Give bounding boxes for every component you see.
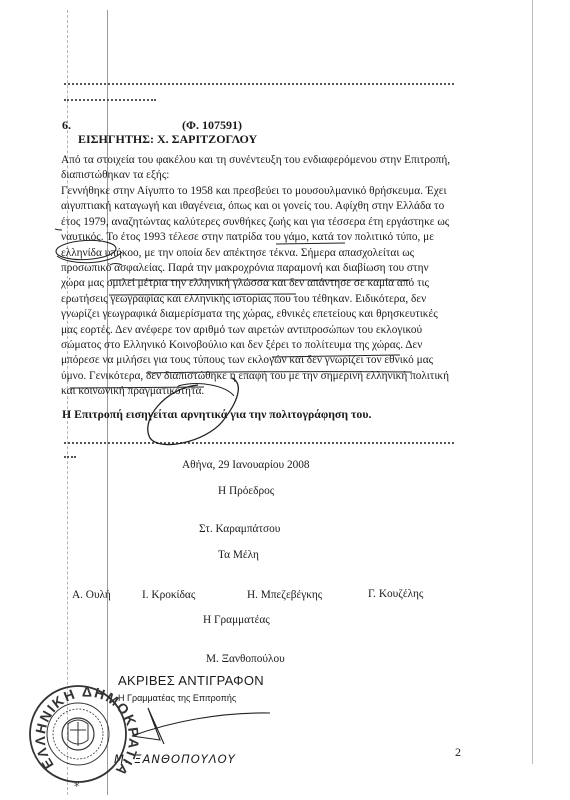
- body-line: ελληνίδα υπήκοο, με την οποία δεν απέκτη…: [61, 246, 410, 261]
- president-name: Στ. Καραμπάτσου: [199, 522, 280, 537]
- place-date: Αθήνα, 29 Ιανουαρίου 2008: [182, 458, 310, 473]
- member-name: Γ. Κουζέλης: [368, 587, 423, 602]
- signature-scribble: [132, 708, 270, 744]
- body-line: έτος 1979, αναζητώντας καλύτερες συνθήκε…: [61, 215, 410, 230]
- body-line: Γεννήθηκε στην Αίγυπτο το 1958 και πρεσβ…: [61, 184, 410, 199]
- member-name: Α. Ουλή: [72, 588, 111, 603]
- seal-icon: [30, 686, 126, 782]
- certified-copy-label: ΑΚΡΙΒΕΣ ΑΝΤΙΓΡΑΦΟΝ: [118, 673, 264, 688]
- scan-right-edge-line: [532, 0, 533, 764]
- scan-margin-line: [107, 10, 108, 795]
- body-line: γνωρίζει γεωγραφικά διαμερίσματα της χώρ…: [61, 307, 410, 322]
- svg-text:*: *: [74, 780, 80, 793]
- secretary-name: Μ. Ξανθοπούλου: [206, 652, 285, 667]
- rapporteur-heading: ΕΙΣΗΓΗΤΗΣ: Χ. ΣΑΡΙΤΖΟΓΛΟΥ: [78, 132, 257, 147]
- dotted-separator: [64, 456, 76, 458]
- body-line: προσωπικό ασφαλείας. Παρά την μακροχρόνι…: [61, 261, 410, 276]
- body-line-intro-2: διαπιστώθηκαν τα εξής:: [61, 168, 169, 183]
- body-line: ερωτήσεις γεωγραφίας και ελληνικής ιστορ…: [61, 292, 410, 307]
- recommendation: Η Επιτροπή εισηγείται αρνητικά για την π…: [62, 407, 371, 422]
- body-line: ναυτικός. Το έτος 1993 τέλεσε στην πατρί…: [61, 230, 410, 245]
- page-number: 2: [455, 745, 461, 760]
- members-title: Τα Μέλη: [218, 548, 259, 563]
- body-line: μας εορτές. Δεν ανέφερε τον αριθμό των α…: [61, 323, 410, 338]
- secretary-title: Η Γραμματέας: [203, 613, 270, 628]
- findings-paragraph: Γεννήθηκε στην Αίγυπτο το 1958 και πρεσβ…: [61, 184, 410, 384]
- body-line: σώματος στο Ελληνικό Κοινοβούλιο και δεν…: [61, 338, 410, 353]
- body-line-final: και κοινωνική πραγματικότητα.: [61, 384, 204, 399]
- seal-stamp: ΕΛΛΗΝΙΚΗ ΔΗΜΟΚΡΑΤΙΑ *: [0, 0, 570, 800]
- dotted-separator: [64, 99, 156, 101]
- body-line-intro: Από τα στοιχεία του φακέλου και τη συνέν…: [61, 153, 450, 168]
- body-line: μπόρεσε να μιλήσει για τους τύπους των ε…: [61, 353, 410, 368]
- scanned-document-page: 6. (Φ. 107591) ΕΙΣΗΓΗΤΗΣ: Χ. ΣΑΡΙΤΖΟΓΛΟΥ…: [0, 0, 570, 800]
- handwritten-name: Μ. ΞΑΝΘΟΠΟΥΛΟΥ: [114, 752, 236, 767]
- president-title: Η Πρόεδρος: [218, 484, 274, 499]
- dotted-separator: [64, 442, 454, 444]
- body-line: χώρα μας ομιλεί μέτρια την ελληνική γλώσ…: [61, 276, 410, 291]
- body-line: ύμνο. Γενικότερα, δεν διαπιστώθηκε η επα…: [61, 369, 410, 384]
- body-line: αιγυπτιακή καταγωγή και ιθαγένεια, όπως …: [61, 199, 410, 214]
- dotted-separator: [64, 83, 454, 85]
- certified-by-label: Η Γραμματέας της Επιτροπής: [118, 691, 236, 706]
- member-name: Ι. Κροκίδας: [142, 588, 195, 603]
- member-name: Η. Μπεζεβέγκης: [247, 588, 322, 603]
- item-number: 6.: [62, 118, 71, 133]
